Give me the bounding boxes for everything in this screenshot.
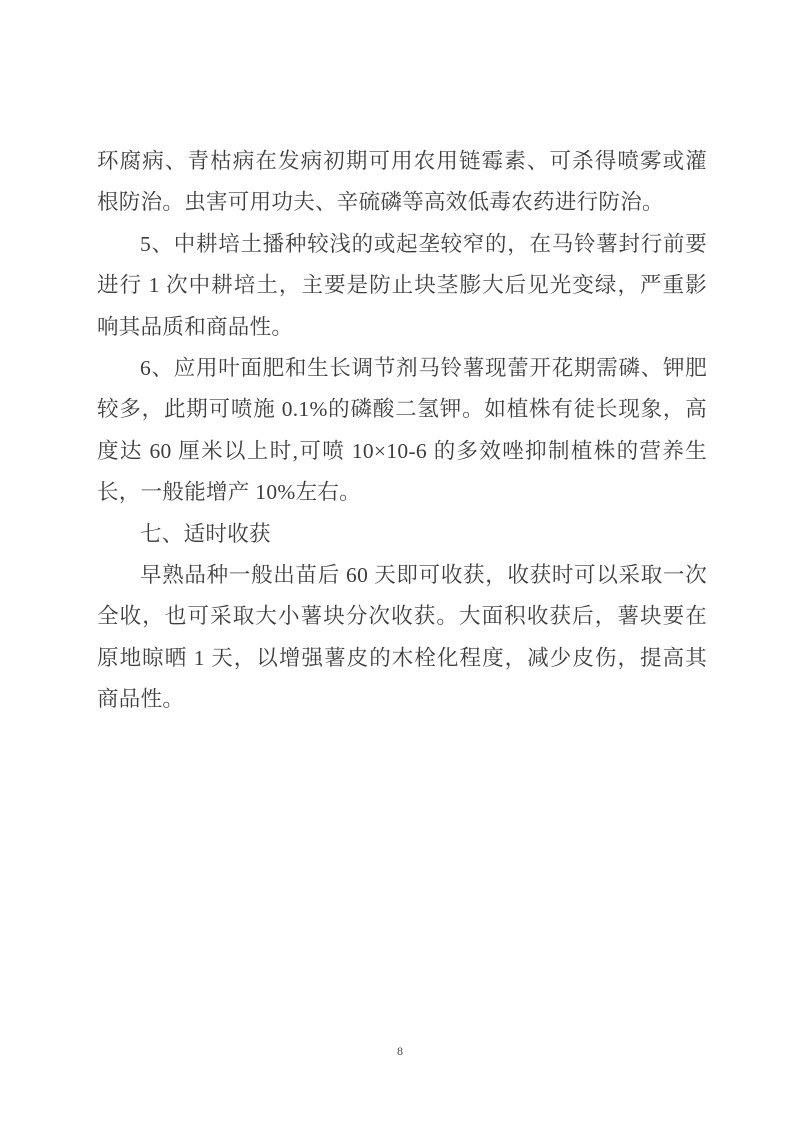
paragraph-harvest-detail: 早熟品种一般出苗后 60 天即可收获，收获时可以采取一次全收，也可采取大小薯块分… bbox=[97, 555, 707, 721]
page-number: 8 bbox=[0, 1044, 800, 1058]
document-page: 环腐病、青枯病在发病初期可用农用链霉素、可杀得喷雾或灌根防治。虫害可用功夫、辛硫… bbox=[0, 0, 800, 1131]
section-heading-timely-harvest: 七、适时收获 bbox=[97, 514, 707, 555]
page-text-block: 环腐病、青枯病在发病初期可用农用链霉素、可杀得喷雾或灌根防治。虫害可用功夫、辛硫… bbox=[97, 141, 707, 721]
paragraph-item-6-foliar-fertilizer: 6、应用叶面肥和生长调节剂马铃薯现蕾开花期需磷、钾肥较多，此期可喷施 0.1%的… bbox=[97, 348, 707, 514]
paragraph-item-5-hilling: 5、中耕培土播种较浅的或起垄较窄的，在马铃薯封行前要进行 1 次中耕培土，主要是… bbox=[97, 224, 707, 348]
paragraph-disease-control: 环腐病、青枯病在发病初期可用农用链霉素、可杀得喷雾或灌根防治。虫害可用功夫、辛硫… bbox=[97, 141, 707, 224]
